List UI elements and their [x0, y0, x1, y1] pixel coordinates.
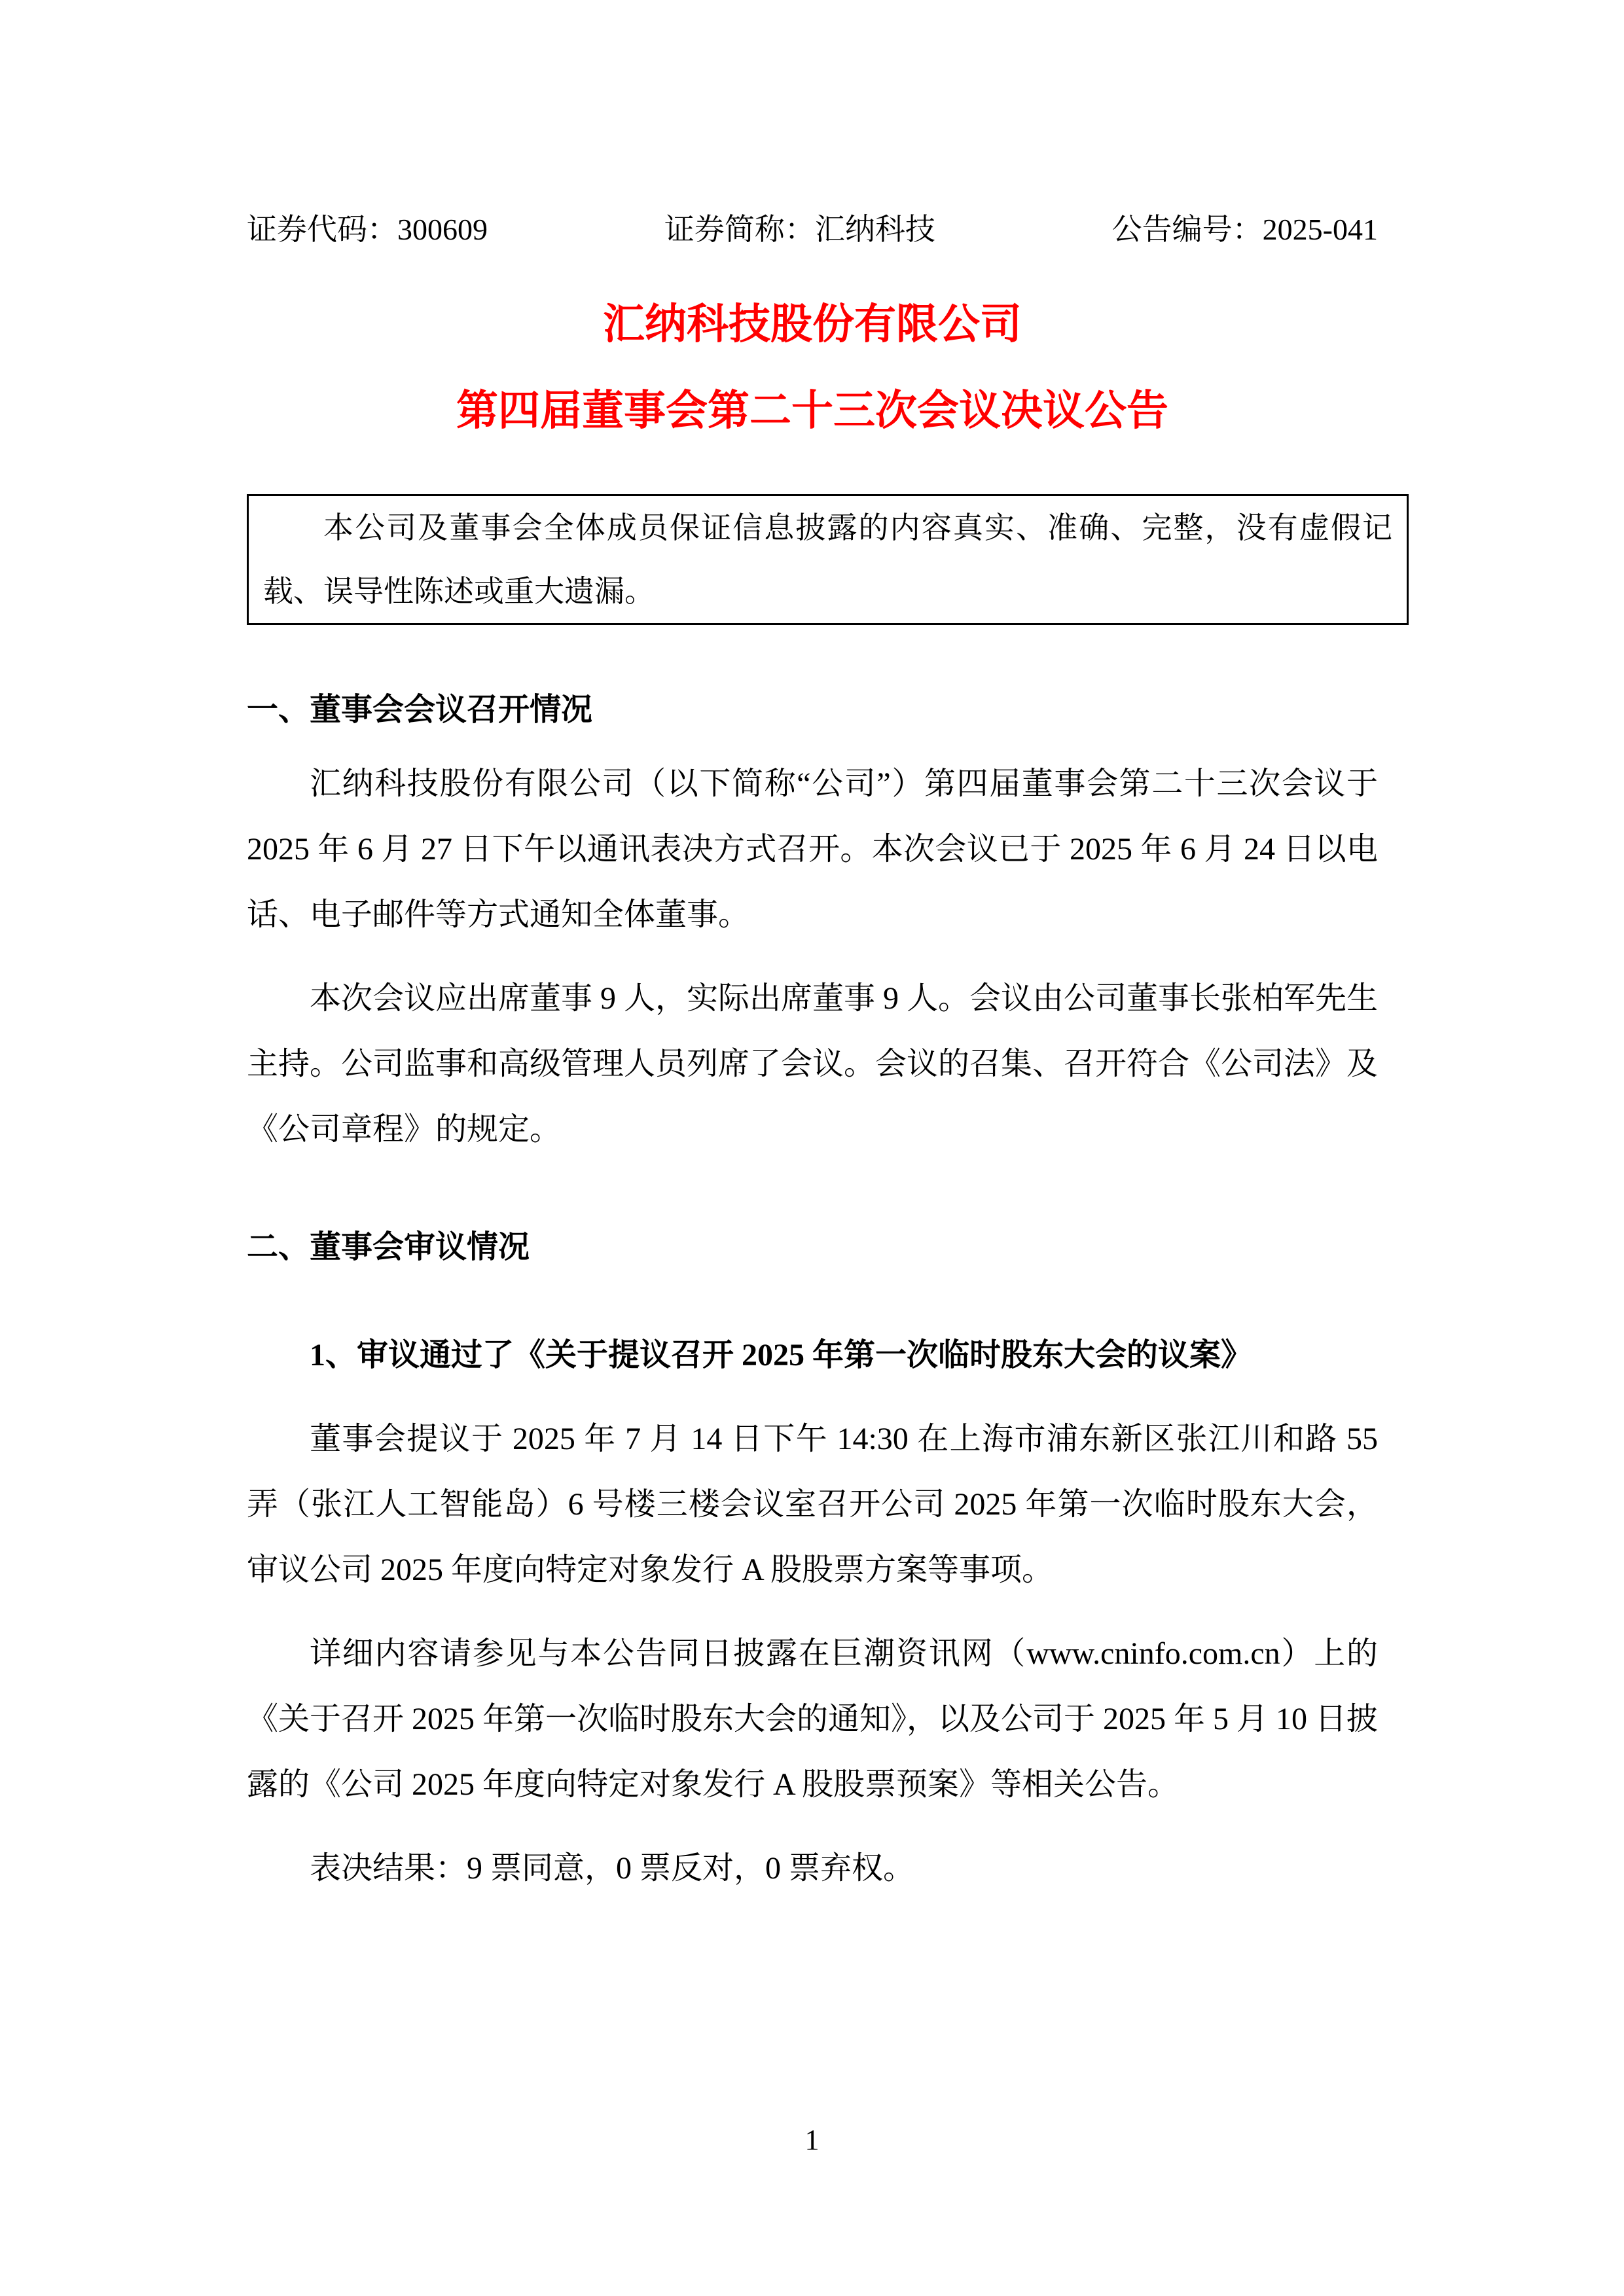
section2-paragraph-2: 详细内容请参见与本公告同日披露在巨潮资讯网（www.cninfo.com.cn）… [247, 1621, 1378, 1818]
vote-result: 表决结果：9 票同意，0 票反对，0 票弃权。 [247, 1836, 1378, 1901]
section2-heading: 二、董事会审议情况 [247, 1225, 1378, 1270]
section1-paragraph-1: 汇纳科技股份有限公司（以下简称“公司”）第四届董事会第二十三次会议于 2025 … [247, 751, 1378, 948]
section2-item1-heading: 1、审议通过了《关于提议召开 2025 年第一次临时股东大会的议案》 [247, 1323, 1378, 1388]
document-title: 汇纳科技股份有限公司 第四届董事会第二十三次会议决议公告 [247, 281, 1378, 454]
section1-paragraph-2: 本次会议应出席董事 9 人，实际出席董事 9 人。会议由公司董事长张柏军先生主持… [247, 966, 1378, 1162]
meeting-resolution-title: 第四届董事会第二十三次会议决议公告 [247, 367, 1378, 454]
disclaimer-box: 本公司及董事会全体成员保证信息披露的内容真实、准确、完整，没有虚假记载、误导性陈… [247, 494, 1409, 625]
document-header: 证券代码：300609 证券简称：汇纳科技 公告编号：2025-041 [247, 213, 1378, 247]
stock-code: 证券代码：300609 [247, 213, 488, 247]
stock-name: 证券简称：汇纳科技 [664, 213, 935, 247]
announcement-page: 证券代码：300609 证券简称：汇纳科技 公告编号：2025-041 汇纳科技… [0, 0, 1624, 2296]
disclaimer-text: 本公司及董事会全体成员保证信息披露的内容真实、准确、完整，没有虚假记载、误导性陈… [263, 496, 1392, 623]
section1-heading: 一、董事会会议召开情况 [247, 687, 1378, 733]
page-content: 证券代码：300609 证券简称：汇纳科技 公告编号：2025-041 汇纳科技… [0, 0, 1624, 1901]
page-number: 1 [0, 2124, 1624, 2157]
company-name-title: 汇纳科技股份有限公司 [247, 281, 1378, 367]
section2-paragraph-1: 董事会提议于 2025 年 7 月 14 日下午 14:30 在上海市浦东新区张… [247, 1407, 1378, 1603]
announcement-number: 公告编号：2025-041 [1112, 213, 1378, 247]
